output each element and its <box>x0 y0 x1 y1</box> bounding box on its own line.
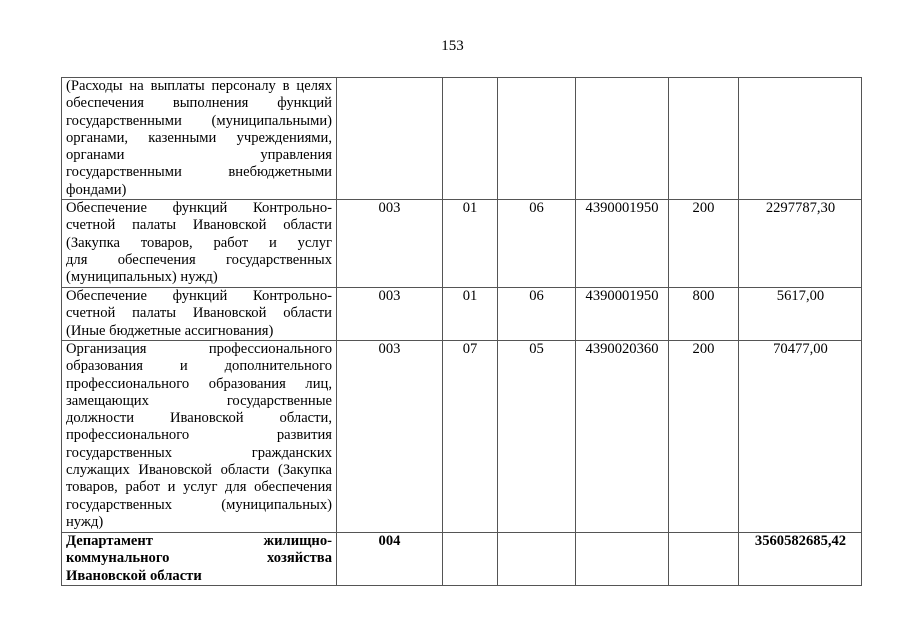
section-code-cell: 07 <box>443 340 498 532</box>
amount-cell: 2297787,30 <box>739 200 862 288</box>
table-row: Департамент жилищно-коммунального хозяйс… <box>62 532 862 585</box>
description-line: замещающих государственные <box>66 393 332 410</box>
amount-cell <box>739 78 862 200</box>
subsection-code-cell <box>498 78 576 200</box>
budget-table: (Расходы на выплаты персоналу в целяхобе… <box>61 77 862 586</box>
target-article-cell <box>576 78 669 200</box>
description-line: фондами) <box>66 182 332 199</box>
description-cell: Обеспечение функций Контрольно-счетной п… <box>62 200 337 288</box>
description-line: органами, казенными учреждениями, <box>66 130 332 147</box>
description-line: государственных гражданских <box>66 445 332 462</box>
expense-type-cell: 200 <box>669 200 739 288</box>
description-line: Организация профессионального <box>66 341 332 358</box>
target-article-cell: 4390001950 <box>576 288 669 341</box>
target-article-cell: 4390020360 <box>576 340 669 532</box>
table-row: Обеспечение функций Контрольно-счетной п… <box>62 200 862 288</box>
description-line: образования и дополнительного <box>66 358 332 375</box>
description-line: органами управления <box>66 147 332 164</box>
description-line: Ивановской области <box>66 568 332 585</box>
ministry-code-cell: 003 <box>337 288 443 341</box>
description-line: (муниципальных) нужд) <box>66 269 332 286</box>
description-line: профессионального развития <box>66 427 332 444</box>
description-line: (Расходы на выплаты персоналу в целях <box>66 78 332 95</box>
section-code-cell <box>443 532 498 585</box>
target-article-cell: 4390001950 <box>576 200 669 288</box>
description-line: служащих Ивановской области (Закупка <box>66 462 332 479</box>
ministry-code-cell: 003 <box>337 200 443 288</box>
table-row: (Расходы на выплаты персоналу в целяхобе… <box>62 78 862 200</box>
subsection-code-cell: 06 <box>498 288 576 341</box>
description-line: (Закупка товаров, работ и услуг <box>66 235 332 252</box>
description-line: Обеспечение функций Контрольно- <box>66 200 332 217</box>
expense-type-cell: 200 <box>669 340 739 532</box>
description-cell: (Расходы на выплаты персоналу в целяхобе… <box>62 78 337 200</box>
table-row: Обеспечение функций Контрольно-счетной п… <box>62 288 862 341</box>
expense-type-cell <box>669 78 739 200</box>
description-line: профессионального образования лиц, <box>66 376 332 393</box>
target-article-cell <box>576 532 669 585</box>
subsection-code-cell: 05 <box>498 340 576 532</box>
description-line: коммунального хозяйства <box>66 550 332 567</box>
subsection-code-cell: 06 <box>498 200 576 288</box>
description-line: для обеспечения государственных <box>66 252 332 269</box>
description-line: (Иные бюджетные ассигнования) <box>66 323 332 340</box>
amount-cell: 5617,00 <box>739 288 862 341</box>
description-cell: Обеспечение функций Контрольно-счетной п… <box>62 288 337 341</box>
amount-cell: 3560582685,42 <box>739 532 862 585</box>
description-line: государственными (муниципальными) <box>66 113 332 130</box>
expense-type-cell <box>669 532 739 585</box>
ministry-code-cell: 003 <box>337 340 443 532</box>
ministry-code-cell: 004 <box>337 532 443 585</box>
table-row: Организация профессиональногообразования… <box>62 340 862 532</box>
section-code-cell: 01 <box>443 200 498 288</box>
section-code-cell <box>443 78 498 200</box>
description-cell: Организация профессиональногообразования… <box>62 340 337 532</box>
description-line: счетной палаты Ивановской области <box>66 305 332 322</box>
description-line: Обеспечение функций Контрольно- <box>66 288 332 305</box>
description-line: товаров, работ и услуг для обеспечения <box>66 479 332 496</box>
description-line: нужд) <box>66 514 332 531</box>
description-line: должности Ивановской области, <box>66 410 332 427</box>
section-code-cell: 01 <box>443 288 498 341</box>
expense-type-cell: 800 <box>669 288 739 341</box>
page-number: 153 <box>0 37 905 55</box>
subsection-code-cell <box>498 532 576 585</box>
description-cell: Департамент жилищно-коммунального хозяйс… <box>62 532 337 585</box>
ministry-code-cell <box>337 78 443 200</box>
description-line: государственными внебюджетными <box>66 164 332 181</box>
description-line: государственных (муниципальных) <box>66 497 332 514</box>
description-line: обеспечения выполнения функций <box>66 95 332 112</box>
amount-cell: 70477,00 <box>739 340 862 532</box>
description-line: счетной палаты Ивановской области <box>66 217 332 234</box>
description-line: Департамент жилищно- <box>66 533 332 550</box>
